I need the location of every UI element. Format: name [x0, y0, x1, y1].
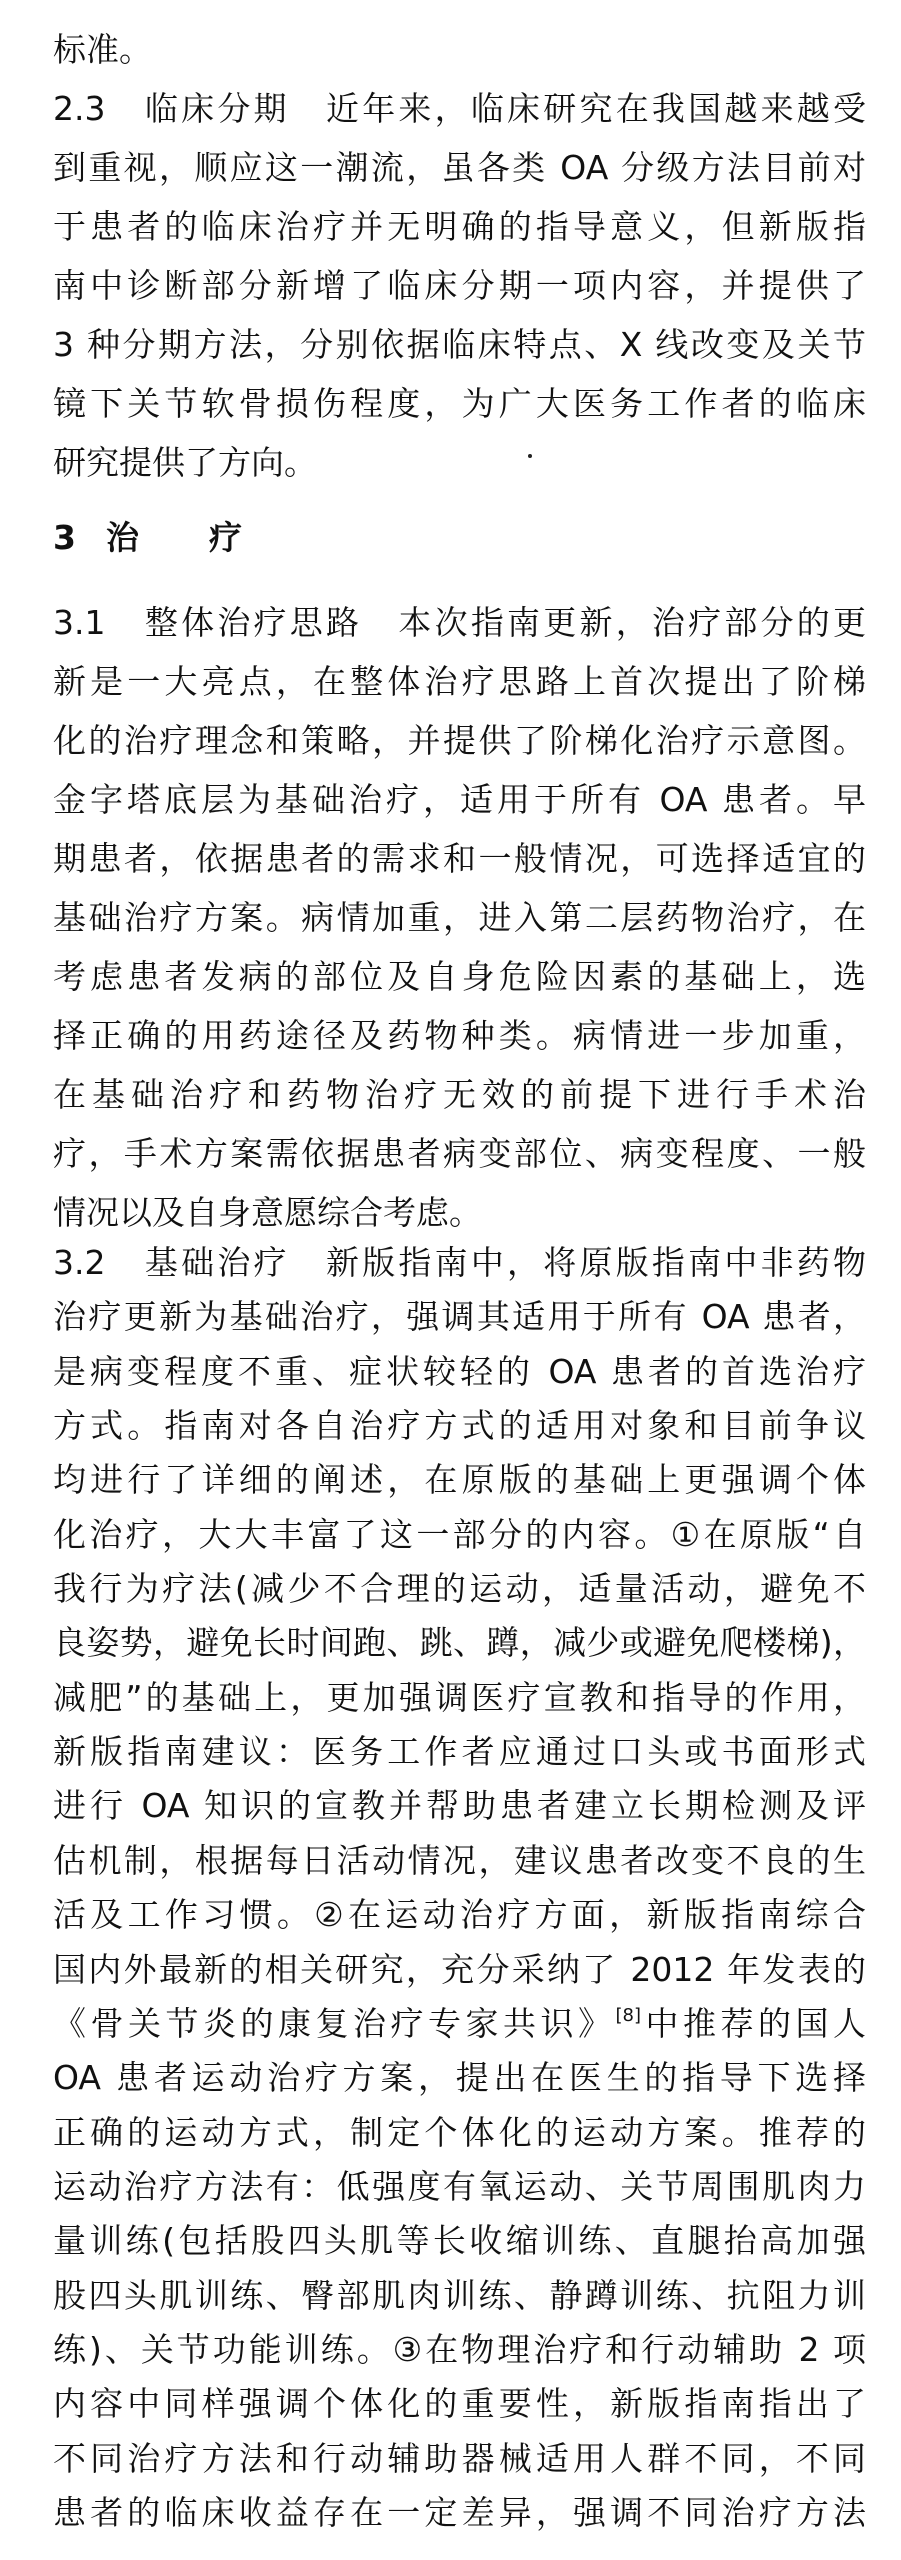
- text-line: 3.2 基础治疗 新版指南中，将原版指南中非药物: [53, 1243, 866, 1283]
- text-line: 择正确的用药途径及药物种类。病情进一步加重，: [53, 1016, 866, 1056]
- document-page: 3治疗 标准。2.3 临床分期 近年来，临床研究在我国越来越受到重视，顺应这一潮…: [0, 0, 901, 2560]
- text-line: 《骨关节炎的康复治疗专家共识》[8]中推荐的国人: [53, 2004, 866, 2044]
- text-line: 考虑患者发病的部位及自身危险因素的基础上，选: [53, 957, 866, 997]
- text-line: 是病变程度不重、症状较轻的 OA 患者的首选治疗: [53, 1352, 866, 1392]
- section-number: 3: [53, 518, 76, 557]
- text-line: 基础治疗方案。病情加重，进入第二层药物治疗，在: [53, 898, 866, 938]
- text-line: 于患者的临床治疗并无明确的指导意义，但新版指: [53, 207, 866, 247]
- text-line: 金字塔底层为基础治疗，适用于所有 OA 患者。早: [53, 780, 866, 820]
- text-line: OA 患者运动治疗方案，提出在医生的指导下选择: [53, 2058, 866, 2098]
- text-line: 在基础治疗和药物治疗无效的前提下进行手术治: [53, 1075, 866, 1115]
- text-line: 研究提供了方向。: [53, 443, 866, 483]
- section-title-char-2: 疗: [209, 518, 242, 557]
- text-line: 期患者，依据患者的需求和一般情况，可选择适宜的: [53, 839, 866, 879]
- text-line: 国内外最新的相关研究，充分采纳了 2012 年发表的: [53, 1950, 866, 1990]
- text-line: 估机制，根据每日活动情况，建议患者改变不良的生: [53, 1841, 866, 1881]
- text-line: 练)、关节功能训练。③在物理治疗和行动辅助 2 项: [53, 2330, 866, 2370]
- text-line: 3 种分期方法，分别依据临床特点、X 线改变及关节: [53, 325, 866, 365]
- text-line: 新是一大亮点，在整体治疗思路上首次提出了阶梯: [53, 662, 866, 702]
- text-line: 均进行了详细的阐述，在原版的基础上更强调个体: [53, 1460, 866, 1500]
- section-title-char-1: 治: [106, 518, 139, 557]
- text-line: 化治疗，大大丰富了这一部分的内容。①在原版“自: [53, 1515, 866, 1555]
- text-line: 良姿势，避免长时间跑、跳、蹲，减少或避免爬楼梯)，: [53, 1623, 866, 1663]
- text-line: 患者的临床收益存在一定差异，强调不同治疗方法: [53, 2493, 866, 2533]
- text-line: 进行 OA 知识的宣教并帮助患者建立长期检测及评: [53, 1786, 866, 1826]
- text-line: 镜下关节软骨损伤程度，为广大医务工作者的临床: [53, 384, 866, 424]
- text-line: 3.1 整体治疗思路 本次指南更新，治疗部分的更: [53, 603, 866, 643]
- section-heading-treatment: 3治疗: [53, 518, 866, 558]
- text-line: 情况以及自身意愿综合考虑。: [53, 1193, 866, 1233]
- text-line: 新版指南建议：医务工作者应通过口头或书面形式: [53, 1732, 866, 1772]
- text-line: 到重视，顺应这一潮流，虽各类 OA 分级方法目前对: [53, 148, 866, 188]
- text-line: 南中诊断部分新增了临床分期一项内容，并提供了: [53, 266, 866, 306]
- text-line: 量训练(包括股四头肌等长收缩训练、直腿抬高加强: [53, 2221, 866, 2261]
- text-line: 减肥”的基础上，更加强调医疗宣教和指导的作用，: [53, 1678, 866, 1718]
- text-line: 我行为疗法(减少不合理的运动，适量活动，避免不: [53, 1569, 866, 1609]
- text-line: 治疗更新为基础治疗，强调其适用于所有 OA 患者，: [53, 1297, 866, 1337]
- text-line: 运动治疗方法有：低强度有氧运动、关节周围肌肉力: [53, 2167, 866, 2207]
- text-line: 股四头肌训练、臀部肌肉训练、静蹲训练、抗阻力训: [53, 2276, 866, 2316]
- text-line: 化的治疗理念和策略，并提供了阶梯化治疗示意图。: [53, 721, 866, 761]
- text-line: 2.3 临床分期 近年来，临床研究在我国越来越受: [53, 89, 866, 129]
- text-line: 疗，手术方案需依据患者病变部位、病变程度、一般: [53, 1134, 866, 1174]
- text-line: 标准。: [53, 30, 866, 70]
- text-line: 方式。指南对各自治疗方式的适用对象和目前争议: [53, 1406, 866, 1446]
- text-line: 内容中同样强调个体化的重要性，新版指南指出了: [53, 2384, 866, 2424]
- text-line: 不同治疗方法和行动辅助器械适用人群不同，不同: [53, 2439, 866, 2479]
- text-line: 正确的运动方式，制定个体化的运动方案。推荐的: [53, 2113, 866, 2153]
- citation-ref: [8]: [616, 2005, 642, 2026]
- text-line: 活及工作习惯。②在运动治疗方面，新版指南综合: [53, 1895, 866, 1935]
